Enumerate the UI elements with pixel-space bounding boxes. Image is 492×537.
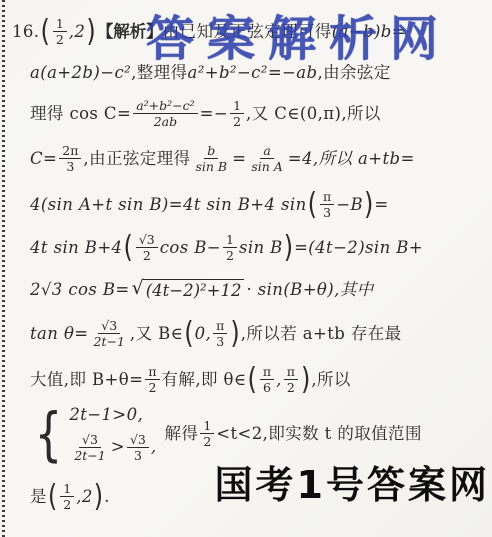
answer-interval-rest: ,2 <box>69 22 86 42</box>
line10-text-1: 解得 <box>165 424 199 444</box>
solve-result: 解得 1 2 <t<2,即实数 t 的取值范围 <box>165 418 422 449</box>
paren-open: ( <box>48 478 57 514</box>
half-fraction: 1 2 <box>223 232 237 263</box>
fraction-denominator: 2ab <box>151 114 180 129</box>
fraction-denominator: 2t−1 <box>71 448 108 463</box>
line3-text-2: ,又 C∈(0,π),所以 <box>246 104 381 124</box>
sqrt3-over-2-fraction: √3 2 <box>136 232 158 263</box>
line9-text-3: ,所以 <box>311 370 350 390</box>
solution-line-8: tan θ= √3 2t−1 ,又 B∈ ( 0, π 3 ) ,所以若 a+t… <box>30 318 402 349</box>
pi-sixth-fraction: π 6 <box>260 364 274 395</box>
fraction-numerator: 1 <box>223 232 237 248</box>
fraction-numerator: 1 <box>200 418 214 434</box>
paren-close: ) <box>86 13 95 49</box>
fraction-numerator: 2π <box>59 143 81 159</box>
line7-math-2: · sin(B+θ),其中 <box>246 280 373 300</box>
pi-thirds-fraction: π 3 <box>320 189 334 220</box>
line5-math-3: = <box>374 195 388 215</box>
problem-number: 16. <box>12 22 39 42</box>
fraction-denominator: 3 <box>131 448 145 463</box>
fraction-numerator: a <box>260 143 273 159</box>
solution-line-6: 4t sin B+4 ( √3 2 cos B− 1 2 sin B ) =(4… <box>30 232 423 263</box>
case-1: 2t−1>0, <box>69 405 143 425</box>
b-over-sinB-fraction: b sin B <box>192 143 230 174</box>
paren-open: ( <box>184 315 193 351</box>
answer-fraction: 1 2 <box>53 16 67 47</box>
line4-text-1: ,由正弦定理得 <box>83 149 190 169</box>
line2-math-1: a(a+2b)−c² <box>30 63 131 83</box>
line3-text-1: 理得 cos C= <box>30 104 131 124</box>
case-2: √3 2t−1 > √3 3 , <box>69 432 156 463</box>
line6-math-1: 4t sin B+4 <box>30 238 122 258</box>
half-fraction: 1 2 <box>60 481 74 512</box>
paren-close: ) <box>230 315 239 351</box>
solution-line-4: C= 2π 3 ,由正弦定理得 b sin B = a sin A =4,所以 … <box>30 143 415 174</box>
half-fraction: 1 2 <box>230 98 244 129</box>
fraction-denominator: 6 <box>260 380 274 395</box>
sqrt-radical: √ (4t−2)²+12 <box>132 279 245 301</box>
fraction-denominator: sin B <box>192 159 230 174</box>
line8-text-2: ,所以若 a+tb 存在最 <box>241 324 402 344</box>
sqrt3-over-2t-1-fraction: √3 2t−1 <box>71 432 108 463</box>
line8-text-1: ,又 B∈ <box>130 324 183 344</box>
line6-math-4: =(4t−2)sin B+ <box>294 238 423 258</box>
fraction-denominator: 2 <box>230 114 244 129</box>
line8-math-1: tan θ= <box>30 324 89 344</box>
fraction-denominator: 2 <box>140 248 154 263</box>
fraction-numerator: a²+b²−c² <box>133 98 197 114</box>
system-brace: { <box>35 408 63 460</box>
case-2-comma: , <box>151 437 157 457</box>
fraction-denominator: 2 <box>60 497 74 512</box>
paren-close: ) <box>94 478 103 514</box>
fraction-numerator: π <box>260 364 274 380</box>
two-pi-thirds-fraction: 2π 3 <box>59 143 81 174</box>
line11-text-1: 是 <box>30 487 47 507</box>
paren-close: ) <box>284 229 293 265</box>
sqrt3-over-3-fraction: √3 3 <box>127 432 149 463</box>
fraction-denominator: 2t−1 <box>91 334 128 349</box>
paren-close: ) <box>301 361 310 397</box>
paren-open: ( <box>247 361 256 397</box>
line4-math-2: = <box>232 149 246 169</box>
fraction-denominator: sin A <box>248 159 285 174</box>
fraction-numerator: 1 <box>53 16 67 32</box>
sqrt-radicand: (4t−2)²+12 <box>143 279 245 301</box>
fraction-numerator: 1 <box>60 481 74 497</box>
fraction-numerator: √3 <box>136 232 158 248</box>
line9-text-1: 大值,即 B+θ= <box>30 370 143 390</box>
fraction-numerator: √3 <box>79 432 101 448</box>
line5-math-2: −B <box>336 195 363 215</box>
line6-math-2: cos B− <box>160 238 221 258</box>
line7-math-1: 2√3 cos B= <box>30 280 130 300</box>
tan-theta-fraction: √3 2t−1 <box>91 318 128 349</box>
fraction-denominator: 2 <box>284 380 298 395</box>
paren-open: ( <box>40 13 49 49</box>
fraction-denominator: 3 <box>63 159 77 174</box>
pi-half-fraction-2: π 2 <box>284 364 298 395</box>
scanned-solution-page: 16. ( 1 2 ,2 ) 【解析】 由已知及正弦定理可得 (a−b)b= a… <box>0 0 492 537</box>
line4-math-1: C= <box>30 149 57 169</box>
fraction-denominator: 2 <box>53 32 67 47</box>
binding-edge <box>2 0 5 537</box>
fraction-numerator: b <box>204 143 218 159</box>
line5-math-1: 4(sin A+t sin B)=4t sin B+4 sin <box>30 195 307 215</box>
fraction-numerator: 1 <box>230 98 244 114</box>
fraction-numerator: π <box>320 189 334 205</box>
fraction-denominator: 3 <box>320 205 334 220</box>
watermark-top: 答案解析网 <box>146 0 451 69</box>
a-over-sinA-fraction: a sin A <box>248 143 285 174</box>
solution-line-7: 2√3 cos B= √ (4t−2)²+12 · sin(B+θ),其中 <box>30 279 374 301</box>
fraction-denominator: 2 <box>200 434 214 449</box>
fraction-numerator: π <box>213 318 227 334</box>
line6-math-3: sin B <box>239 238 283 258</box>
line9-text-2: 有解,即 θ∈ <box>162 370 247 390</box>
solution-line-11: 是 ( 1 2 ,2 ) . <box>30 481 110 512</box>
line11-period: . <box>104 487 110 507</box>
fraction-numerator: π <box>284 364 298 380</box>
line9-comma: , <box>276 370 282 390</box>
fraction-numerator: √3 <box>98 318 120 334</box>
greater-than: > <box>111 437 125 457</box>
half-fraction: 1 2 <box>200 418 214 449</box>
fraction-denominator: 2 <box>223 248 237 263</box>
line11-text-2: ,2 <box>76 487 93 507</box>
fraction-numerator: π <box>145 364 159 380</box>
solution-line-9: 大值,即 B+θ= π 2 有解,即 θ∈ ( π 6 , π 2 ) ,所以 <box>30 364 351 395</box>
fraction-denominator: 2 <box>145 380 159 395</box>
solution-line-5: 4(sin A+t sin B)=4t sin B+4 sin ( π 3 −B… <box>30 189 389 220</box>
fraction-numerator: √3 <box>127 432 149 448</box>
line8-math-2: 0, <box>195 324 212 344</box>
paren-close: ) <box>364 186 373 222</box>
paren-open: ( <box>308 186 317 222</box>
inequality-system: 2t−1>0, √3 2t−1 > √3 3 , <box>69 405 156 463</box>
solution-line-3: 理得 cos C= a²+b²−c² 2ab =− 1 2 ,又 C∈(0,π)… <box>30 98 381 129</box>
fraction-denominator: 3 <box>213 334 227 349</box>
watermark-bottom: 国考1号答案网 <box>215 454 490 509</box>
line10-text-2: <t<2,即实数 t 的取值范围 <box>216 424 422 444</box>
pi-half-fraction: π 2 <box>145 364 159 395</box>
line4-math-3: =4,所以 a+tb= <box>288 149 415 169</box>
cos-fraction: a²+b²−c² 2ab <box>133 98 197 129</box>
line3-math-1: =− <box>200 104 228 124</box>
pi-thirds-fraction: π 3 <box>213 318 227 349</box>
paren-open: ( <box>123 229 132 265</box>
